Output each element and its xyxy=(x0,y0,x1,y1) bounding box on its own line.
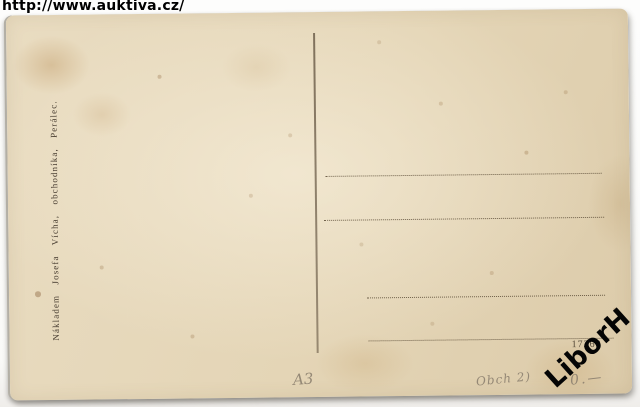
postcard-back: Nákladem Josefa Vícha, obchodníka, Perál… xyxy=(6,8,632,400)
pencil-annotation-left: A3 xyxy=(292,370,313,389)
postcard-divider-line xyxy=(313,33,318,353)
pencil-annotation-center: Obch 2) xyxy=(475,369,531,388)
publisher-imprint: Nákladem Josefa Vícha, obchodníka, Perál… xyxy=(48,80,64,360)
paper-foxing-specks xyxy=(6,16,8,18)
auktiva-url-watermark: http://www.auktiva.cz/ xyxy=(2,0,185,14)
address-line xyxy=(326,173,602,177)
scanned-postcard-image: Nákladem Josefa Vícha, obchodníka, Perál… xyxy=(0,0,640,407)
address-line xyxy=(324,217,604,221)
address-line xyxy=(367,295,605,299)
